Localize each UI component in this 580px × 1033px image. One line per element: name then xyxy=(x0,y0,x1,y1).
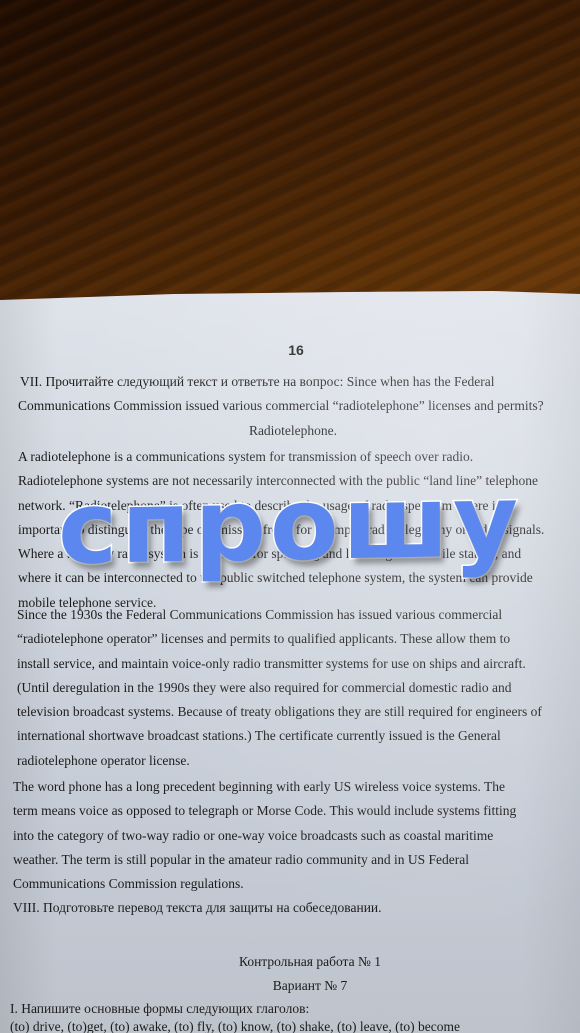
text-line: (Until deregulation in the 1990s they we… xyxy=(17,676,567,700)
document-page: 16 VII. Прочитайте следующий текст и отв… xyxy=(0,290,580,1033)
paragraph-3: The word phone has a long precedent begi… xyxy=(13,775,563,921)
text-line: install service, and maintain voice-only… xyxy=(17,652,567,676)
page-number: 16 xyxy=(0,342,580,358)
text-title: Radiotelephone. xyxy=(18,419,568,443)
text-line: term means voice as opposed to telegraph… xyxy=(13,799,563,823)
variant-label: Вариант № 7 xyxy=(0,974,580,1002)
text-line: radiotelephone operator license. xyxy=(17,749,567,773)
task-line: Communications Commission issued various… xyxy=(18,394,568,418)
test-title: Контрольная работа № 1 xyxy=(0,950,580,974)
watermark-overlay: спрошу xyxy=(100,467,480,584)
task-line: VII. Прочитайте следующий текст и ответь… xyxy=(18,370,568,394)
wooden-desk-background xyxy=(0,0,580,300)
text-line: The word phone has a long precedent begi… xyxy=(13,775,563,799)
text-line: into the category of two-way radio or on… xyxy=(13,824,563,848)
section-viii-task: VIII. Подготовьте перевод текста для защ… xyxy=(13,896,563,920)
test-header: Контрольная работа № 1 Вариант № 7 xyxy=(0,950,580,1002)
section-vii: VII. Прочитайте следующий текст и ответь… xyxy=(18,370,568,443)
verbs-list: (to) drive, (to)get, (to) awake, (to) fl… xyxy=(10,1018,560,1033)
text-line: weather. The term is still popular in th… xyxy=(13,848,563,872)
text-line: international shortwave broadcast statio… xyxy=(17,724,567,748)
text-line: Communications Commission regulations. xyxy=(13,872,563,896)
paragraph-2: Since the 1930s the Federal Communicatio… xyxy=(17,603,567,773)
text-line: television broadcast systems. Because of… xyxy=(17,700,567,724)
text-line: “radiotelephone operator” licenses and p… xyxy=(17,627,567,651)
task-i-heading: I. Напишите основные формы следующих гла… xyxy=(10,1000,560,1018)
task-i: I. Напишите основные формы следующих гла… xyxy=(10,1000,560,1033)
text-line: Since the 1930s the Federal Communicatio… xyxy=(17,603,567,627)
